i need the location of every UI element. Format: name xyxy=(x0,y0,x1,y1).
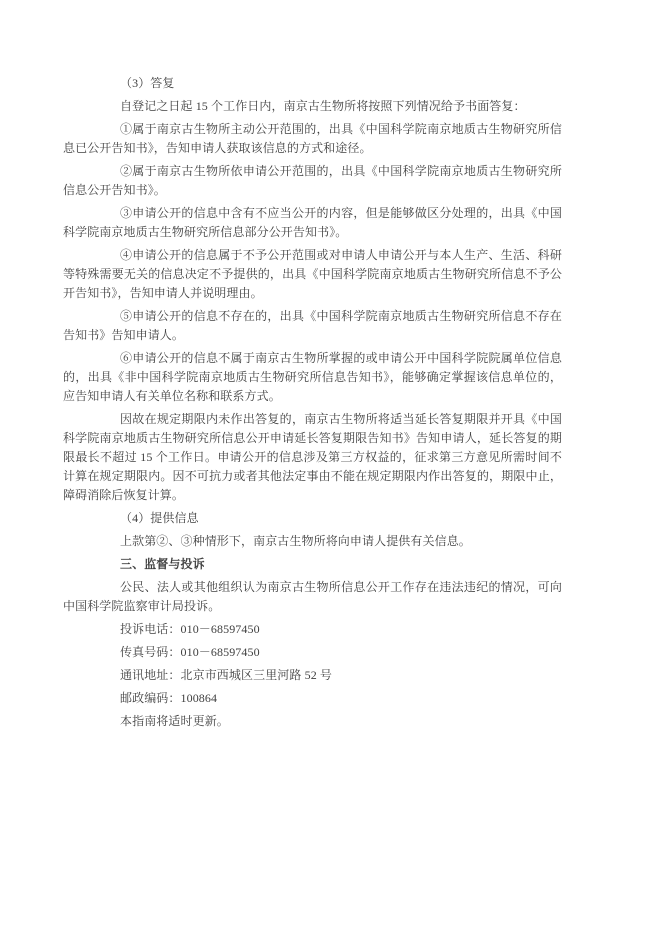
reply-item-5: ⑤申请公开的信息不存在的，出具《中国科学院南京地质古生物研究所信息不存在告知书》… xyxy=(63,307,562,345)
fax-number-line: 传真号码：010－68597450 xyxy=(63,643,562,662)
reply-intro-paragraph: 自登记之日起 15 个工作日内，南京古生物所将按照下列情况给予书面答复： xyxy=(63,97,562,116)
postal-code-line: 邮政编码：100864 xyxy=(63,689,562,708)
reply-item-4: ④申请公开的信息属于不予公开范围或对申请人申请公开与本人生产、生活、科研等特殊需… xyxy=(63,246,562,303)
reply-item-1: ①属于南京古生物所主动公开范围的，出具《中国科学院南京地质古生物研究所信息已公开… xyxy=(63,120,562,158)
mailing-address-line: 通讯地址：北京市西城区三里河路 52 号 xyxy=(63,666,562,685)
reply-section-heading: （3）答复 xyxy=(63,74,562,93)
update-note-line: 本指南将适时更新。 xyxy=(63,712,562,731)
reply-item-3: ③申请公开的信息中含有不应当公开的内容，但是能够做区分处理的，出具《中国科学院南… xyxy=(63,204,562,242)
document-page: （3）答复 自登记之日起 15 个工作日内，南京古生物所将按照下列情况给予书面答… xyxy=(0,0,662,936)
extension-paragraph: 因故在规定期限内未作出答复的，南京古生物所将适当延长答复期限并开具《中国科学院南… xyxy=(63,410,562,505)
reply-item-6: ⑥申请公开的信息不属于南京古生物所掌握的或申请公开中国科学院院属单位信息的，出具… xyxy=(63,349,562,406)
supervision-section-heading: 三、监督与投诉 xyxy=(63,555,562,574)
provide-info-paragraph: 上款第②、③种情形下，南京古生物所将向申请人提供有关信息。 xyxy=(63,532,562,551)
provide-info-heading: （4）提供信息 xyxy=(63,509,562,528)
reply-item-2: ②属于南京古生物所依申请公开范围的，出具《中国科学院南京地质古生物研究所信息公开… xyxy=(63,162,562,200)
complaint-phone-line: 投诉电话：010－68597450 xyxy=(63,620,562,639)
supervision-paragraph: 公民、法人或其他组织认为南京古生物所信息公开工作存在违法违纪的情况，可向中国科学… xyxy=(63,578,562,616)
